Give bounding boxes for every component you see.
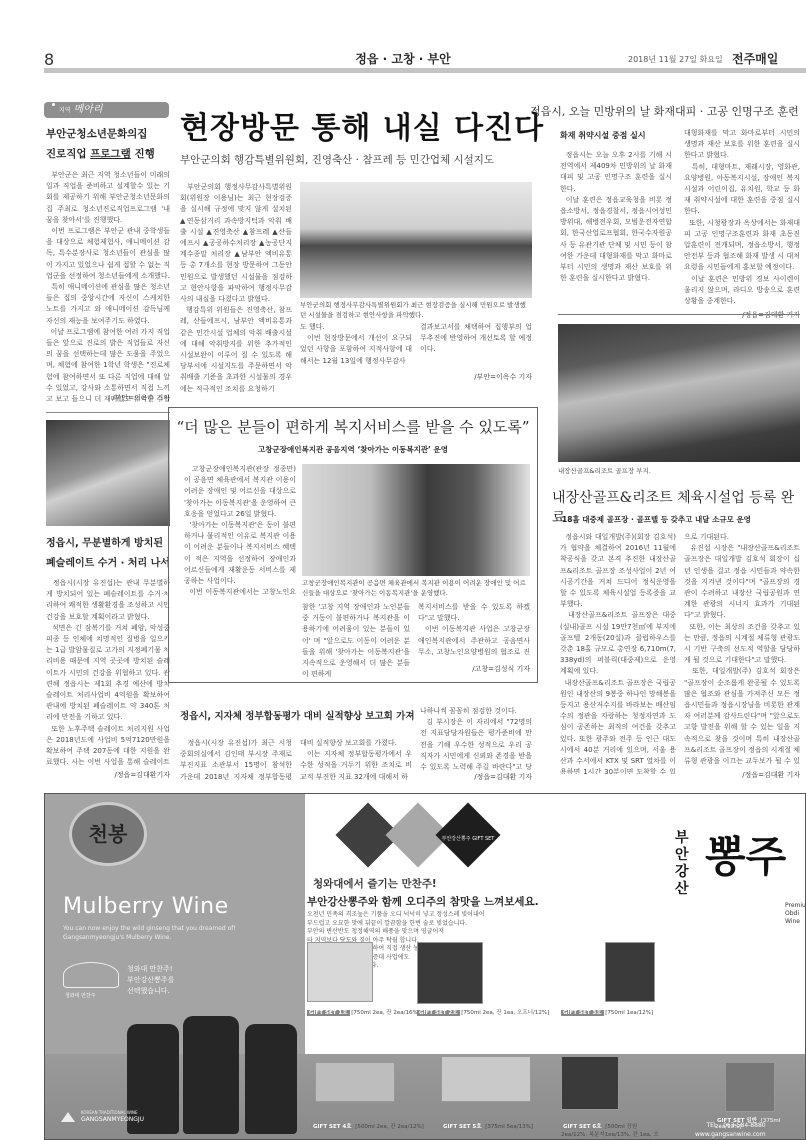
cheongwadae-emblem-icon <box>63 962 119 988</box>
golf-body-col2: 으로 기대된다. 유진섭 시장은 "내장산골프&리조트 골프장은 대일개발 김호… <box>684 532 800 768</box>
ad-contact: TEL : 063-584-8880 www.gangsanwine.com <box>695 1121 766 1139</box>
cheongwadae-caption: 청와대 만찬주 <box>65 992 96 999</box>
youth-body: 부안군은 최근 지역 청소년들이 미래의 일과 직업을 준비하고 설계할수 있는… <box>46 170 170 402</box>
gift-badge-text: 부안강산뽕주 GIFT SET <box>439 836 497 843</box>
ad-headline1: 청와대에서 즐기는 만찬주! <box>313 876 437 891</box>
main-subheadline: 부안군의회 행감특별위원회, 진영축산 · 참프레 등 민간업체 시설지도 <box>180 152 494 167</box>
ad-headline2: 부안강산뽕주와 함께 오디주의 참맛을 느껴보세요. <box>307 894 539 909</box>
ad-product-sub: You can now enjoy the wild ginseng that … <box>63 924 283 942</box>
fire-headline: 정읍시, 오늘 민방위의 날 화재대피 · 고공 인명구조 훈련 <box>530 103 799 119</box>
brand-calligraphy-big: 뽕주 <box>705 824 786 884</box>
perf-body-col1: 정읍시(시장 유진섭)가 최근 시청 중회의실에서 김인태 부시장 주재로 부진… <box>180 738 292 782</box>
slate-byline: /정읍=김대환기자 <box>46 770 170 780</box>
gift-set-1-label: GIFT SET 1호 [750ml 2ea, 잔 2ea/16%] <box>307 1008 420 1016</box>
slate-title-line1: 정읍시, 무분별하게 방치된 <box>46 534 170 554</box>
gift-set-2-image <box>417 942 483 1004</box>
brand-logo: 천봉 <box>69 802 147 866</box>
youth-headline: 부안군청소년문화의집 진로직업 프로그램 진행 <box>46 124 170 164</box>
fire-byline: /정읍=김대환 기자 <box>684 310 800 320</box>
maker-name: GANGSANMYEONGJU <box>81 1116 144 1123</box>
main-headline: 현장방문 통해 내실 다진다 <box>180 103 544 147</box>
gift-set-3-image <box>605 942 655 1002</box>
gift-set-5-label: GIFT SET 5호 [375ml 5ea/13%] <box>441 1122 533 1130</box>
gift-diamond <box>435 802 500 867</box>
welfare-subheadline: 고창군장애인복지관 공음지역 ‘찾아가는 이동복지관’ 운영 <box>168 444 538 455</box>
main-body-col3: 결과보고서를 채택하여 집행부의 업무추진에 반영하여 개선토록 할 예정이다. <box>420 322 532 362</box>
divider <box>558 314 800 315</box>
perf-body-col3: 나하나씩 꼼꼼히 점검한 것이다. 김 부시장은 이 자리에서 "72명의 전 … <box>420 706 532 772</box>
gift-set-4-label: GIFT SET 4호 [500ml 2ea, 잔 2ea/12%] <box>311 1122 424 1130</box>
main-body-col2: 도 했다. 이번 현장방문에서 개선이 요구되었던 사항을 포함하여 지적사항에… <box>300 322 412 392</box>
youth-title-line2a: 진로직업 <box>46 148 90 160</box>
main-photo-caption: 부안군의회 행정사무감사특별위원회가 최근 현장검증을 실시해 민원으로 발생했… <box>300 300 532 320</box>
golf-body-col1: 정읍시와 대일개발(주)(회장 김호석)가 협약을 체결하여 2016년 11월… <box>560 532 676 774</box>
welfare-body-col2: 참한 '고창 지역 장애인과 노인분들 중 거동이 불편하거나 복지관을 이용하… <box>302 602 410 678</box>
youth-title-line2b: 프로그램 <box>90 148 131 160</box>
brand-english: Premium Obdi Wine <box>785 902 806 926</box>
main-photo <box>300 182 532 298</box>
perf-byline: /정읍=김대환 기자 <box>420 772 532 782</box>
gift-set-5-image <box>441 1056 531 1102</box>
welfare-photo <box>302 464 530 576</box>
ad-website[interactable]: www.gangsanwine.com <box>695 1130 766 1139</box>
main-body-col1: 부안군의회 행정사무감사특별위원회(위원장 이용님)는 최근 현장검증을 실시해… <box>180 182 292 404</box>
bullet-icon <box>52 103 55 106</box>
ad-tel: TEL : 063-584-8880 <box>695 1121 766 1130</box>
ad-product-title: Mulberry Wine <box>63 894 229 919</box>
maker-small: KOREAN TRADITIONAL WINE <box>81 1110 138 1115</box>
badge-small: 지역 <box>59 107 71 114</box>
badge-label: 메아리 <box>74 104 103 115</box>
gift-set-6-image <box>561 1056 619 1110</box>
welfare-byline: /고창=김성식 기자 <box>418 664 530 674</box>
gift-set-2-label: GIFT SET 2호 [750ml 2ea, 잔 1ea, 오프너/12%] <box>417 1008 549 1016</box>
cheongwadae-text: 청와대 만찬주! 부안강산뽕주를 선택했습니다. <box>127 964 174 997</box>
gift-set-3-label: GIFT SET 3호 [750ml 1ea/12%] <box>561 1008 653 1016</box>
gift-set-1-image <box>307 942 373 1002</box>
header-rule <box>44 68 806 73</box>
slate-headline: 정읍시, 무분별하게 방치된 폐슬레이트 수거 · 처리 나서 <box>46 534 170 574</box>
golf-photo <box>558 324 800 462</box>
newspaper-name: 전주매일 <box>732 50 778 67</box>
slate-photo <box>46 420 170 526</box>
perf-body-col2: 대비 실적향상 보고회를 가졌다. 이는 지자체 정부합동평가에서 우수한 성적… <box>300 738 412 782</box>
welfare-body-col3: 복지서비스를 받을 수 있도록 하겠다"고 말했다. 이번 이동복지관 사업은 … <box>418 602 530 658</box>
gift-set-4-image <box>315 1062 395 1102</box>
welfare-photo-caption: 고창군장애인복지관이 공음면 체육관에서 복지관 이용이 어려운 장애인 및 어… <box>302 578 530 598</box>
perf-headline: 정읍시, 지자체 정부합동평가 대비 실적향상 보고회 가져 <box>180 708 415 722</box>
youth-title-line1: 부안군청소년문화의집 <box>46 124 170 144</box>
slate-body: 정읍시(시장 유진섭)는 관내 무분별하게 방치되어 있는 폐슬레이트를 수거·… <box>46 578 170 766</box>
wine-bottle-3 <box>245 1024 297 1134</box>
gift-set-regular-image <box>725 1062 775 1112</box>
gift-set-6-label: GIFT SET 6호 [500ml 장원2ea/12%, 복분자1ea/13%… <box>561 1122 661 1140</box>
fire-subheadline: 화재 취약시설 중점 실시 <box>560 130 646 141</box>
welfare-headline: “더 많은 분들이 편하게 복지서비스를 받을 수 있도록” <box>168 416 538 437</box>
slate-title-line2: 폐슬레이트 수거 · 처리 나서 <box>46 554 170 574</box>
issue-date: 2018년 11월 27일 화요일 <box>628 54 723 65</box>
golf-photo-caption: 내장산골프&리조트 골프장 부지. <box>558 466 800 476</box>
fire-body-col2: 대형화재를 막고 화마로부터 시민의 생명과 재산 보호를 위한 훈련을 실시한… <box>684 128 800 310</box>
welfare-body-col1: 고창군장애인복지관(관장 정종만)이 공음면 체육관에서 복지관 이용이 어려운… <box>184 464 296 596</box>
golf-subheadline: 18홀 대중제 골프장 · 골프텔 등 갖추고 내달 소규모 운영 <box>562 514 751 525</box>
fire-body-col1: 정읍시는 오늘 오후 2시를 기해 시 전역에서 제409차 민방위의 날 화재… <box>560 150 672 320</box>
youth-title-line2c: 진행 <box>131 148 155 160</box>
main-byline: /부안=이옥수 기자 <box>420 372 532 382</box>
mulberry-wine-ad[interactable]: 천봉 Mulberry Wine You can now enjoy the w… <box>44 793 806 1140</box>
brand-calligraphy-small: 부안강산 <box>675 830 691 898</box>
golf-byline: /정읍=김대환 기자 <box>684 770 800 780</box>
divider <box>46 412 170 413</box>
region-badge: 지역메아리 <box>44 102 169 118</box>
wine-bottle-2 <box>183 1016 239 1134</box>
youth-byline: /부안=이옥수 기자 <box>46 393 170 403</box>
